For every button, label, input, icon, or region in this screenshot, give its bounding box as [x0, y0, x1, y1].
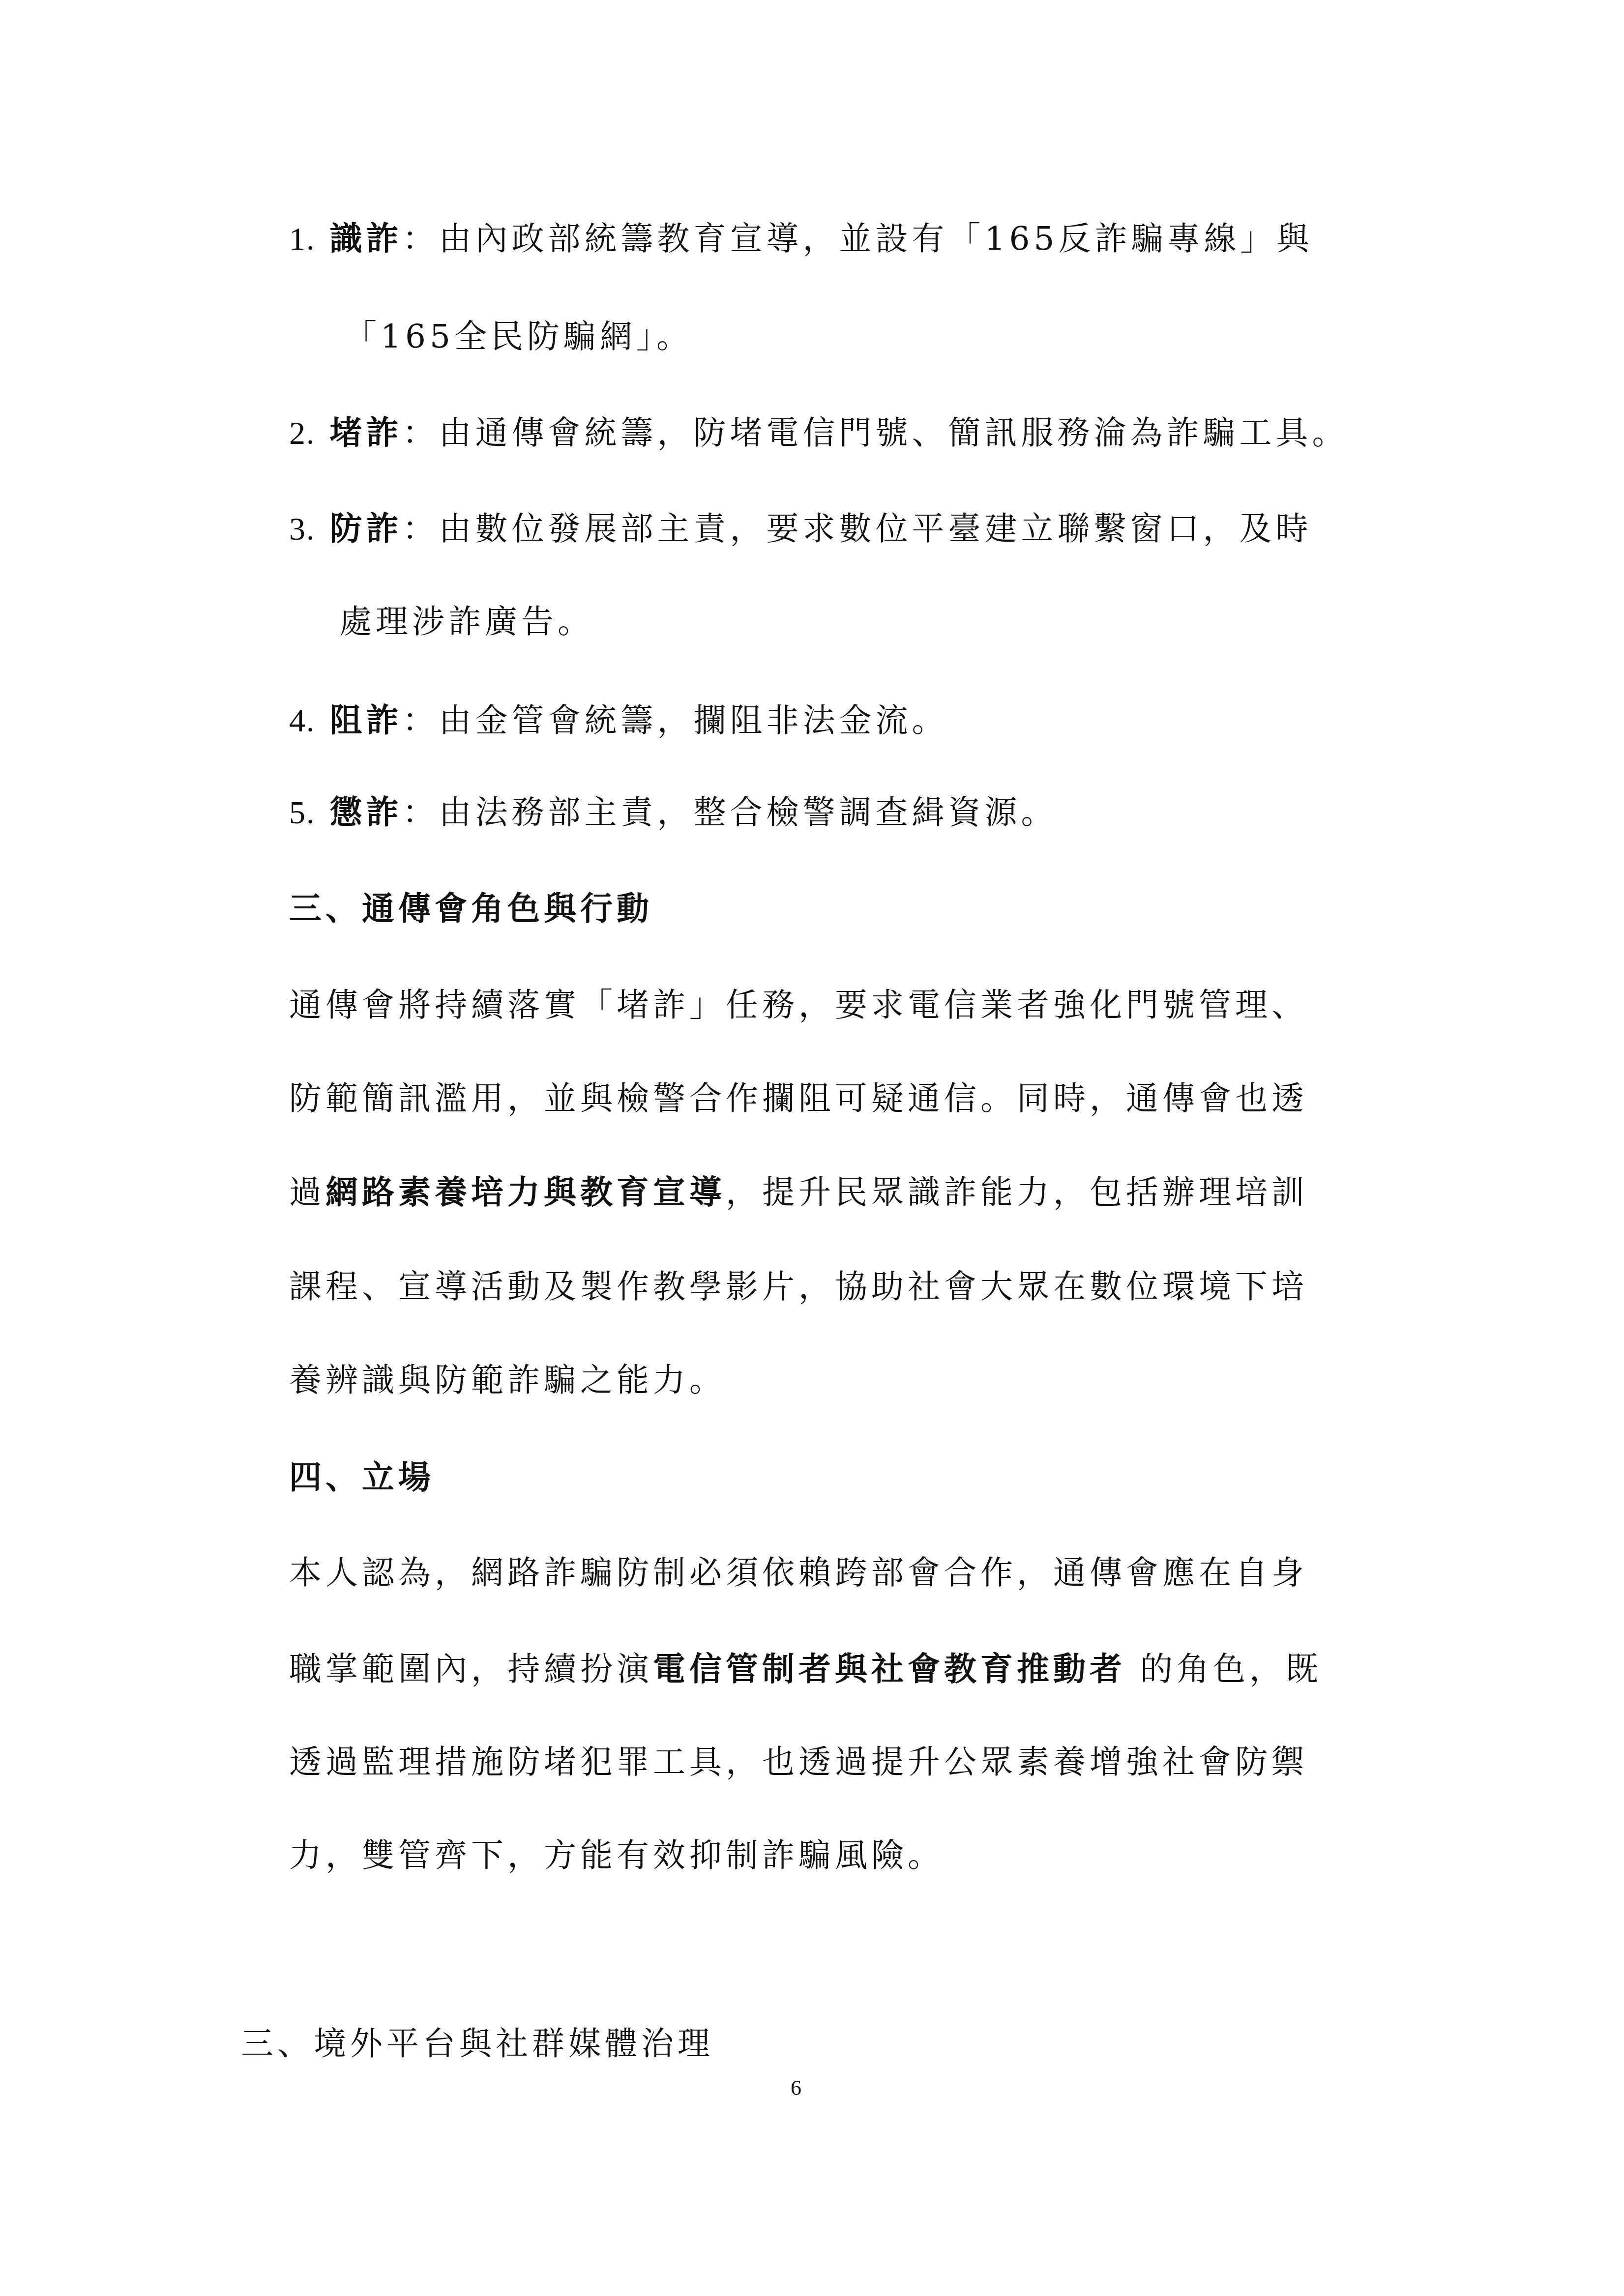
- list-item-5: 5. 懲詐：由法務部主責，整合檢警調查緝資源。: [289, 792, 1057, 833]
- paragraph-line: 力，雙管齊下，方能有效抑制詐騙風險。: [289, 1836, 944, 1875]
- paragraph-line: 透過監理措施防堵犯罪工具，也透過提升公眾素養增強社會防禦: [289, 1743, 1308, 1782]
- list-text: 由金管會統籌，攔阻非法金流。: [439, 701, 948, 739]
- list-term: 懲詐: [329, 793, 402, 831]
- section-heading-position: 四、立場: [289, 1457, 435, 1497]
- text-span: ，提升民眾識詐能力，包括辦理培訓: [726, 1173, 1308, 1211]
- text-span: 的角色，既: [1126, 1650, 1322, 1688]
- list-item-2: 2. 堵詐：由通傳會統籌，防堵電信門號、簡訊服務淪為詐騙工具。: [289, 413, 1348, 453]
- emphasis-text: 網路素養培力與教育宣導: [325, 1173, 726, 1211]
- list-term: 阻詐: [329, 701, 402, 739]
- list-item-3: 3. 防詐：由數位發展部主責，要求數位平臺建立聯繫窗口，及時: [289, 509, 1312, 549]
- list-sep: ：: [402, 510, 439, 548]
- list-number: 4.: [289, 703, 316, 739]
- text-span: 職掌範圍內，持續扮演: [289, 1650, 653, 1688]
- paragraph-line: 養辨識與防範詐騙之能力。: [289, 1361, 726, 1400]
- paragraph-line: 通傳會將持續落實「堵詐」任務，要求電信業者強化門號管理、: [289, 986, 1308, 1025]
- section-heading-ncc-role: 三、通傳會角色與行動: [289, 889, 653, 928]
- list-sep: ：: [402, 414, 439, 452]
- emphasis-text: 電信管制者與社會教育推動者: [653, 1650, 1126, 1688]
- paragraph-line: 防範簡訊濫用，並與檢警合作攔阻可疑通信。同時，通傳會也透: [289, 1079, 1308, 1118]
- section-heading-foreign-platforms: 三、境外平台與社群媒體治理: [241, 2024, 714, 2063]
- list-number: 3.: [289, 511, 316, 547]
- list-text: 由通傳會統籌，防堵電信門號、簡訊服務淪為詐騙工具。: [439, 414, 1348, 452]
- text-span: 過: [289, 1173, 325, 1211]
- list-number: 1.: [289, 221, 316, 257]
- list-item-3-continuation: 處理涉詐廣告。: [339, 602, 594, 641]
- list-term: 識詐: [329, 219, 402, 258]
- paragraph-line: 職掌範圍內，持續扮演電信管制者與社會教育推動者 的角色，既: [289, 1649, 1322, 1689]
- list-text: 由法務部主責，整合檢警調查緝資源。: [439, 793, 1057, 831]
- list-number: 5.: [289, 795, 316, 831]
- paragraph-line: 本人認為，網路詐騙防制必須依賴跨部會合作，通傳會應在自身: [289, 1553, 1308, 1593]
- list-text: 由內政部統籌教育宣導，並設有「165反詐騙專線」與: [439, 220, 1313, 258]
- paragraph-line: 課程、宣導活動及製作教學影片，協助社會大眾在數位環境下培: [289, 1267, 1308, 1307]
- list-item-1: 1. 識詐：由內政部統籌教育宣導，並設有「165反詐騙專線」與: [289, 219, 1313, 259]
- list-sep: ：: [402, 220, 439, 258]
- page-number: 6: [791, 2075, 801, 2100]
- list-sep: ：: [402, 701, 439, 739]
- list-item-4: 4. 阻詐：由金管會統籌，攔阻非法金流。: [289, 700, 948, 741]
- list-sep: ：: [402, 793, 439, 831]
- list-item-1-continuation: 「165全民防騙網」。: [344, 317, 693, 356]
- list-term: 堵詐: [329, 413, 402, 452]
- list-text: 由數位發展部主責，要求數位平臺建立聯繫窗口，及時: [439, 510, 1312, 548]
- list-term: 防詐: [329, 509, 402, 548]
- paragraph-line: 過網路素養培力與教育宣導，提升民眾識詐能力，包括辦理培訓: [289, 1172, 1308, 1212]
- list-number: 2.: [289, 415, 316, 451]
